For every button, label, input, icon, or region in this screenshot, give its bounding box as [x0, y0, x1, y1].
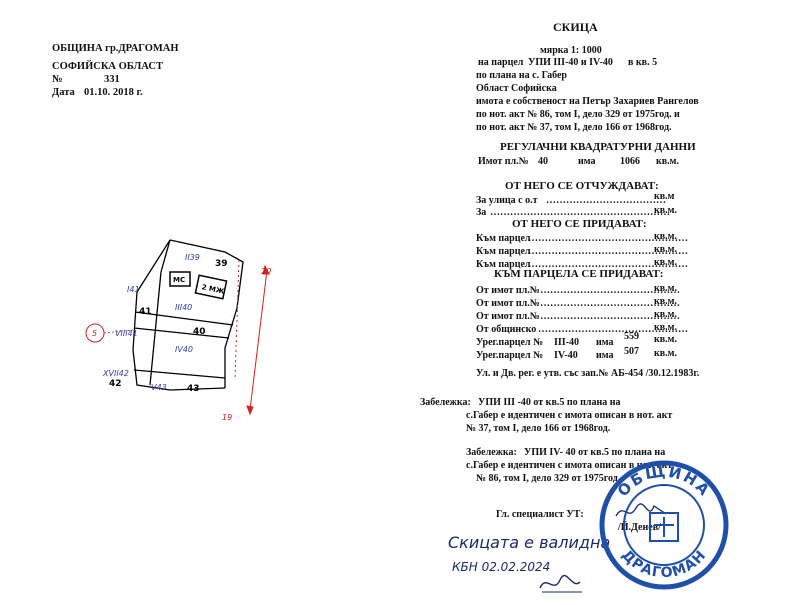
region-name: СОФИЙСКА ОБЛАСТ — [52, 60, 163, 74]
owner-line: имота е собственост на Петър Захариев Ра… — [476, 95, 699, 108]
note2-label: Забележка: — [466, 446, 517, 459]
label-p41-upi: І41 — [127, 285, 140, 294]
reg-parcel-2-no: ІV-40 — [554, 349, 578, 362]
label-bldg-ms: МС — [173, 276, 185, 284]
municipal-stamp: ОБЩИНА ДРАГОМАН — [594, 455, 734, 595]
signature-role: Гл. специалист УТ: — [496, 508, 584, 521]
date-label: Дата — [52, 86, 75, 100]
label-p43-upi: V43 — [151, 383, 167, 392]
label-p39-upi: ІІ39 — [185, 253, 200, 262]
reg-parcel-1-no: ІІІ-40 — [554, 336, 579, 349]
parcel-numbers: УПИ ІІІ-40 и ІV-40 — [528, 56, 613, 69]
label-p40-upi3: ІІІ40 — [175, 303, 192, 312]
document-title: СКИЦА — [553, 20, 598, 35]
parcel-sketch: ІІ39 І41 ІІІ40 ІV40 VІІІ41 XVІІ42 V43 39… — [75, 230, 295, 430]
initials-signature — [536, 570, 586, 598]
date-value: 01.10. 2018 г. — [84, 86, 143, 100]
reg-parcel-2-unit: кв.м. — [654, 347, 677, 360]
plan-line: по плана на с. Габер — [476, 69, 567, 82]
label-p41: 41 — [139, 307, 152, 317]
added-row-1-unit: кв.м. — [654, 230, 677, 243]
property-number: 40 — [538, 155, 548, 168]
label-p39: 39 — [215, 259, 228, 269]
to-parcel-row-3-unit: кв.м. — [654, 308, 677, 321]
reg-data-heading: РЕГУЛАЧНИ КВАДРАТУРНИ ДАННИ — [500, 141, 696, 153]
label-p41-upi8: VІІІ41 — [115, 329, 138, 338]
reg-parcel-2-area: 507 — [624, 345, 639, 358]
label-p40: 40 — [193, 327, 206, 337]
property-unit: кв.м. — [656, 155, 679, 168]
municipality-name: ОБЩИНА гр.ДРАГОМАН — [52, 42, 179, 56]
added-heading: ОТ НЕГО СЕ ПРИДАВАТ: — [512, 218, 647, 230]
note1-label: Забележка: — [420, 396, 471, 409]
handwritten-validity-note: Скицата е валидна — [448, 533, 610, 552]
region-line: Област Софийска — [476, 82, 557, 95]
number-label: № — [52, 73, 63, 87]
to-parcel-row-3-label: От имот пл.№ — [476, 310, 540, 323]
label-p42-upi: XVІІ42 — [102, 369, 129, 378]
alienated-row-1-unit: кв.м — [654, 190, 674, 203]
approval-line: Ул. и Дв. рег. е утв. със зап.№ АБ-454 /… — [476, 367, 699, 380]
svg-text:ОБЩИНА: ОБЩИНА — [614, 462, 714, 500]
reg-parcel-2-label: Урег.парцел № — [476, 349, 543, 362]
reg-parcel-1-unit: кв.м. — [654, 333, 677, 346]
reg-parcel-2-has: има — [596, 349, 614, 362]
deed-line-1: по нот. акт № 86, том І, дело 329 от 197… — [476, 108, 680, 121]
street-label-top: 20 — [261, 267, 271, 276]
property-has: има — [578, 155, 596, 168]
note1-line2: с.Габер е идентичен с имота описан в нот… — [466, 409, 672, 422]
note1-line1: УПИ ІІІ -40 от кв.5 по плана на — [478, 396, 621, 409]
property-area: 1066 — [620, 155, 640, 168]
to-parcel-row-1-label: От имот пл.№ — [476, 284, 540, 297]
reg-parcel-1-label: Урег.парцел № — [476, 336, 543, 349]
reg-parcel-1-area: 559 — [624, 330, 639, 343]
note1-line3: № 37, том І, дело 166 от 1968год. — [466, 422, 610, 435]
added-row-1-label: Към парцел — [476, 232, 531, 245]
number-value: 331 — [104, 73, 120, 87]
deed-line-2: по нот. акт № 37, том І, дело 166 от 196… — [476, 121, 672, 134]
label-p43: 43 — [187, 384, 200, 394]
property-label: Имот пл.№ — [478, 155, 529, 168]
alienated-row-2-label: За — [476, 206, 486, 219]
alienated-heading: ОТ НЕГО СЕ ОТЧУЖДАВАТ: — [505, 180, 659, 192]
to-parcel-row-2-label: От имот пл.№ — [476, 297, 540, 310]
label-p42: 42 — [109, 379, 122, 389]
to-parcel-row-2-unit: кв.м. — [654, 295, 677, 308]
to-parcel-row-1-unit: кв.м. — [654, 282, 677, 295]
street-label-bottom: 19 — [222, 413, 232, 422]
added-row-2-unit: кв.м. — [654, 243, 677, 256]
added-row-2-label: Към парцел — [476, 245, 531, 258]
label-bldg-mj: 2 МЖ — [201, 283, 225, 296]
to-parcel-row-4-label: От общинско — [476, 323, 536, 336]
label-p40-upi4: ІV40 — [175, 345, 193, 354]
to-parcel-heading: КЪМ ПАРЦЕЛА СЕ ПРИДАВАТ: — [494, 268, 663, 280]
stamp-top-text: ОБЩИНА — [614, 462, 714, 500]
block-number: в кв. 5 — [628, 56, 657, 69]
alienated-row-2-unit: кв.м. — [654, 204, 677, 217]
reg-parcel-1-has: има — [596, 336, 614, 349]
block-number-circle: 5 — [92, 329, 97, 338]
parcel-prefix: на парцел — [478, 56, 523, 69]
